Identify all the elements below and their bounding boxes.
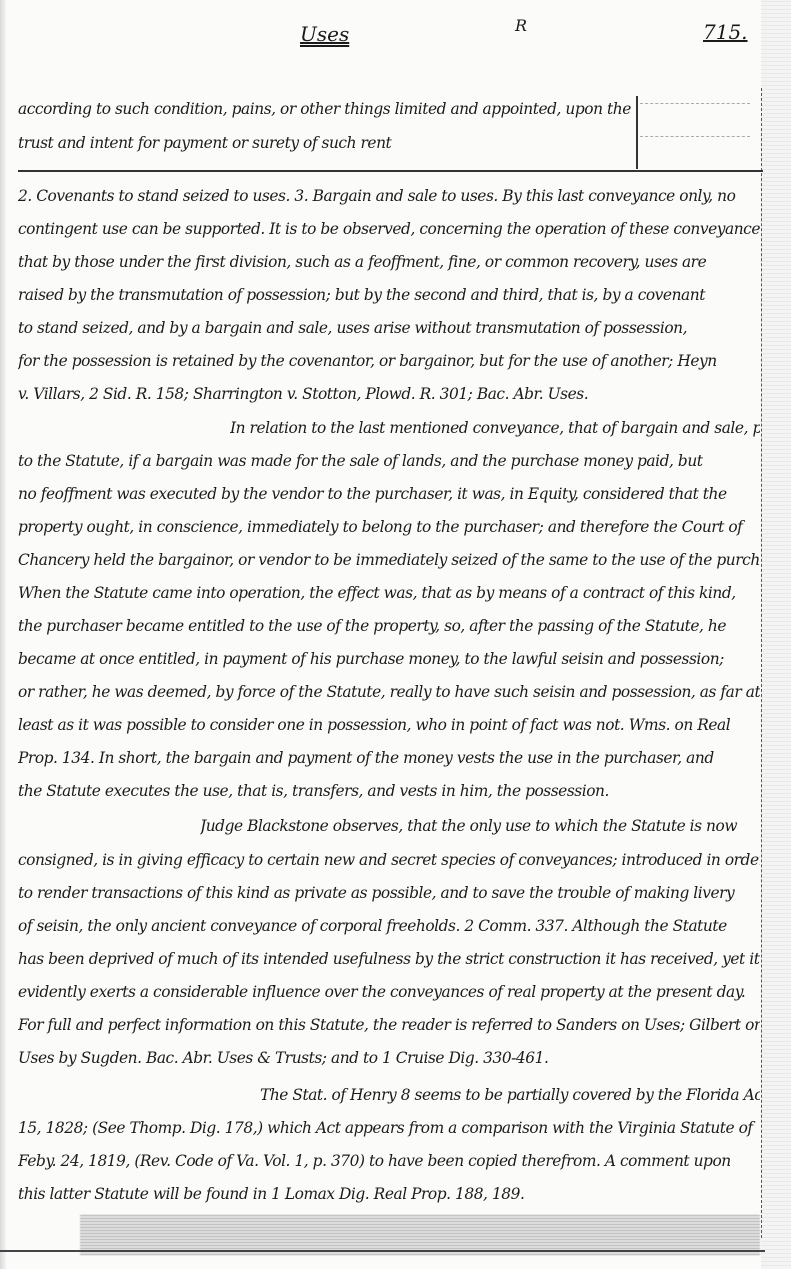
right-margin-rule <box>761 88 763 1238</box>
text-line: or rather, he was deemed, by force of th… <box>18 681 760 703</box>
top-box-bottom-rule <box>18 170 763 172</box>
text-line: trust and intent for payment or surety o… <box>18 132 633 154</box>
text-line: Chancery held the bargainor, or vendor t… <box>18 549 760 571</box>
text-line: Feby. 24, 1819, (Rev. Code of Va. Vol. 1… <box>18 1150 760 1172</box>
text-line: to render transactions of this kind as p… <box>18 882 760 904</box>
text-line: for the possession is retained by the co… <box>18 350 760 372</box>
text-line: Judge Blackstone observes, that the only… <box>200 815 760 837</box>
text-line: 2. Covenants to stand seized to uses. 3.… <box>18 185 760 207</box>
top-box-margin-rule <box>640 136 750 137</box>
page-number: 715. <box>703 20 748 44</box>
top-box-divider <box>636 96 638 169</box>
page-header: Uses R 715. <box>0 14 791 54</box>
text-line: Uses by Sugden. Bac. Abr. Uses & Trusts;… <box>18 1047 760 1069</box>
text-line: evidently exerts a considerable influenc… <box>18 981 760 1003</box>
text-line: that by those under the first division, … <box>18 251 760 273</box>
text-line: the Statute executes the use, that is, t… <box>18 780 760 802</box>
text-line: no feoffment was executed by the vendor … <box>18 483 760 505</box>
header-mark: R <box>515 16 527 35</box>
text-line: to the Statute, if a bargain was made fo… <box>18 450 760 472</box>
text-line: became at once entitled, in payment of h… <box>18 648 760 670</box>
scan-smudge <box>80 1215 760 1255</box>
text-line: to stand seized, and by a bargain and sa… <box>18 317 760 339</box>
text-line: of seisin, the only ancient conveyance o… <box>18 915 760 937</box>
page-left-edge <box>0 0 6 1269</box>
text-line: 15, 1828; (See Thomp. Dig. 178,) which A… <box>18 1117 760 1139</box>
manuscript-page: Uses R 715. according to such condition,… <box>0 0 791 1269</box>
text-line: In relation to the last mentioned convey… <box>230 417 760 439</box>
page-bottom-rule <box>0 1250 765 1252</box>
text-line: raised by the transmutation of possessio… <box>18 284 760 306</box>
text-line: the purchaser became entitled to the use… <box>18 615 760 637</box>
text-line: property ought, in conscience, immediate… <box>18 516 760 538</box>
text-line: v. Villars, 2 Sid. R. 158; Sharrington v… <box>18 383 760 405</box>
page-right-edge <box>761 0 791 1269</box>
text-line: For full and perfect information on this… <box>18 1014 760 1036</box>
text-line: this latter Statute will be found in 1 L… <box>18 1183 760 1205</box>
text-line: contingent use can be supported. It is t… <box>18 218 760 240</box>
text-line: least as it was possible to consider one… <box>18 714 760 736</box>
text-line: has been deprived of much of its intende… <box>18 948 760 970</box>
text-line: according to such condition, pains, or o… <box>18 98 633 120</box>
top-box-margin-rule <box>640 103 750 104</box>
text-line: consigned, is in giving efficacy to cert… <box>18 849 760 871</box>
text-line: When the Statute came into operation, th… <box>18 582 760 604</box>
text-line: The Stat. of Henry 8 seems to be partial… <box>260 1084 760 1106</box>
text-line: Prop. 134. In short, the bargain and pay… <box>18 747 760 769</box>
page-title: Uses <box>300 22 349 46</box>
